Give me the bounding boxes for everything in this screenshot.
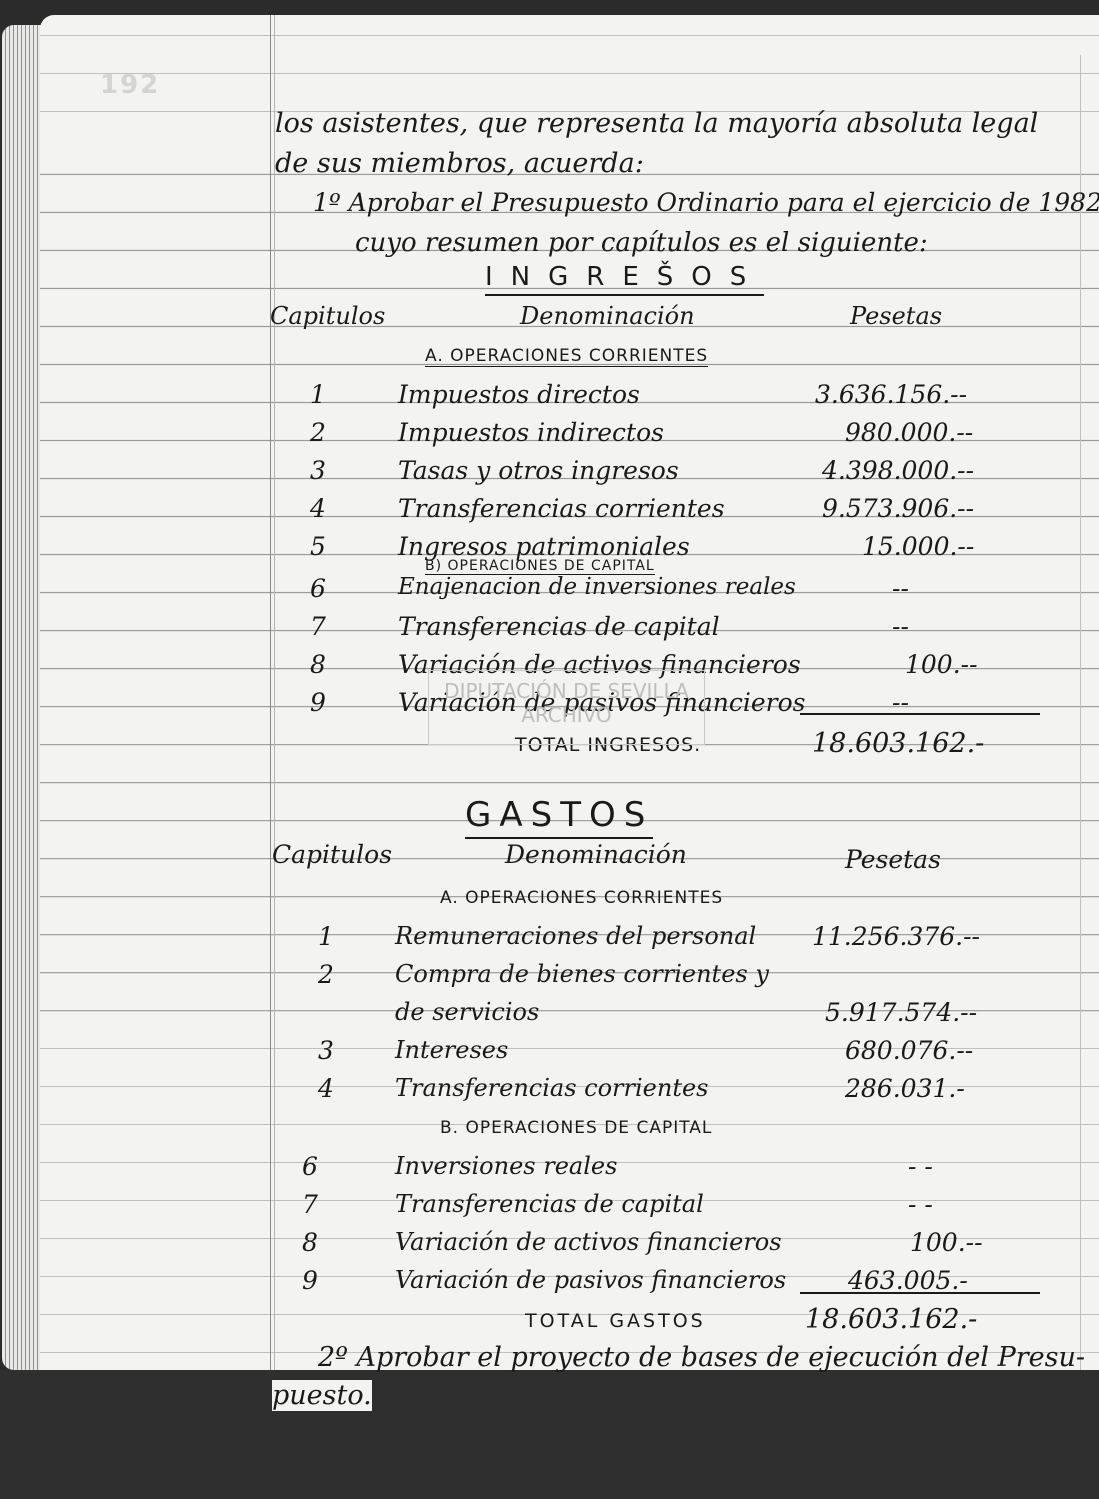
row-denominacion: Variación de pasivos financieros: [395, 1266, 786, 1294]
row-pesetas: 463.005.-: [848, 1266, 968, 1295]
row-denominacion: Intereses: [395, 1036, 508, 1064]
row-pesetas: 11.256.376.--: [812, 922, 980, 951]
intro-line-2: de sus miembros, acuerda:: [275, 148, 644, 179]
row-capitulo: 3: [296, 1036, 356, 1065]
row-pesetas: - -: [908, 1190, 933, 1219]
row-pesetas: 9.573.906.--: [822, 494, 974, 523]
row-capitulo: 6: [288, 574, 348, 603]
row-capitulo: 5: [288, 532, 348, 561]
row-pesetas: --: [892, 612, 909, 641]
margin-line-secondary: [274, 15, 275, 1370]
row-capitulo: 1: [288, 380, 348, 409]
gastos-header-capitulos: Capitulos: [272, 840, 392, 869]
row-capitulo: 2: [288, 418, 348, 447]
intro-line-1: los asistentes, que representa la mayorí…: [275, 108, 1038, 139]
row-denominacion: Transferencias de capital: [398, 612, 720, 641]
row-denominacion: Remuneraciones del personal: [395, 922, 756, 950]
row-denominacion: Variación de activos financieros: [395, 1228, 782, 1256]
page-right-edge: [1080, 55, 1081, 1370]
row-pesetas: --: [892, 574, 909, 603]
row-capitulo: 8: [280, 1228, 340, 1257]
closing-line-1: 2º Aprobar el proyecto de bases de ejecu…: [318, 1342, 1085, 1373]
row-pesetas: 15.000.--: [862, 532, 974, 561]
gastos-total-label: TOTAL GASTOS: [525, 1310, 706, 1332]
row-capitulo: 1: [296, 922, 356, 951]
intro-line-3: 1º Aprobar el Presupuesto Ordinario para…: [313, 188, 1099, 217]
row-pesetas: 4.398.000.--: [822, 456, 974, 485]
row-pesetas: 3.636.156.--: [815, 380, 967, 409]
gastos-section-b: B. OPERACIONES DE CAPITAL: [440, 1118, 712, 1138]
row-denominacion: Impuestos directos: [398, 380, 640, 409]
row-pesetas: 286.031.-: [845, 1074, 965, 1103]
closing-line-2: puesto.: [272, 1380, 372, 1411]
ingresos-header-denominacion: Denominación: [520, 302, 695, 330]
row-capitulo: 4: [296, 1074, 356, 1103]
ingresos-total-value: 18.603.162.-: [812, 728, 984, 759]
row-pesetas: 100.--: [905, 650, 978, 679]
gastos-title: GASTOS: [465, 795, 653, 839]
row-denominacion: Transferencias de capital: [395, 1190, 704, 1218]
row-pesetas: 5.917.574.--: [825, 998, 977, 1027]
row-denominacion: Inversiones reales: [395, 1152, 617, 1180]
row-denominacion: Compra de bienes corrientes y: [395, 960, 769, 988]
scan-background: [0, 1370, 1099, 1499]
page-number: 192: [100, 70, 160, 100]
gastos-total-value: 18.603.162.-: [805, 1304, 977, 1335]
row-denominacion: Transferencias corrientes: [395, 1074, 709, 1102]
row-denominacion: Transferencias corrientes: [398, 494, 725, 523]
row-capitulo: 6: [280, 1152, 340, 1181]
intro-line-4: cuyo resumen por capítulos es el siguien…: [355, 228, 928, 258]
ingresos-header-capitulos: Capitulos: [270, 302, 385, 330]
ingresos-section-b: B) OPERACIONES DE CAPITAL: [425, 558, 655, 575]
gastos-header-pesetas: Pesetas: [845, 845, 941, 874]
row-denominacion: Enajenacion de inversiones reales: [398, 574, 796, 600]
archive-watermark: DIPUTACIÓN DE SEVILLA ARCHIVO: [428, 670, 705, 745]
row-capitulo: 4: [288, 494, 348, 523]
row-capitulo: 9: [280, 1266, 340, 1295]
watermark-line-1: DIPUTACIÓN DE SEVILLA: [429, 679, 704, 703]
ingresos-title: INGREŠOS: [485, 262, 764, 296]
row-pesetas: 680.076.--: [845, 1036, 973, 1065]
row-capitulo: 9: [288, 688, 348, 717]
row-pesetas: 980.000.--: [845, 418, 973, 447]
row-denominacion: Tasas y otros ingresos: [398, 456, 679, 485]
watermark-line-2: ARCHIVO: [429, 703, 704, 727]
row-denominacion: Impuestos indirectos: [398, 418, 664, 447]
row-denominacion: de servicios: [395, 998, 539, 1026]
ingresos-header-pesetas: Pesetas: [850, 302, 942, 330]
row-pesetas: - -: [908, 1152, 933, 1181]
gastos-header-denominacion: Denominación: [505, 840, 687, 869]
margin-line: [270, 15, 271, 1370]
row-capitulo: 8: [288, 650, 348, 679]
gastos-sum-rule: [800, 1292, 1040, 1294]
row-pesetas: 100.--: [910, 1228, 983, 1257]
row-denominacion: Ingresos patrimoniales: [398, 532, 690, 561]
row-capitulo: 7: [280, 1190, 340, 1219]
ingresos-section-a: A. OPERACIONES CORRIENTES: [425, 346, 708, 367]
row-capitulo: 3: [288, 456, 348, 485]
ingresos-sum-rule: [800, 713, 1040, 715]
row-capitulo: 2: [296, 960, 356, 989]
row-capitulo: 7: [288, 612, 348, 641]
gastos-section-a: A. OPERACIONES CORRIENTES: [440, 888, 723, 908]
ledger-page-edges: [2, 25, 42, 1370]
